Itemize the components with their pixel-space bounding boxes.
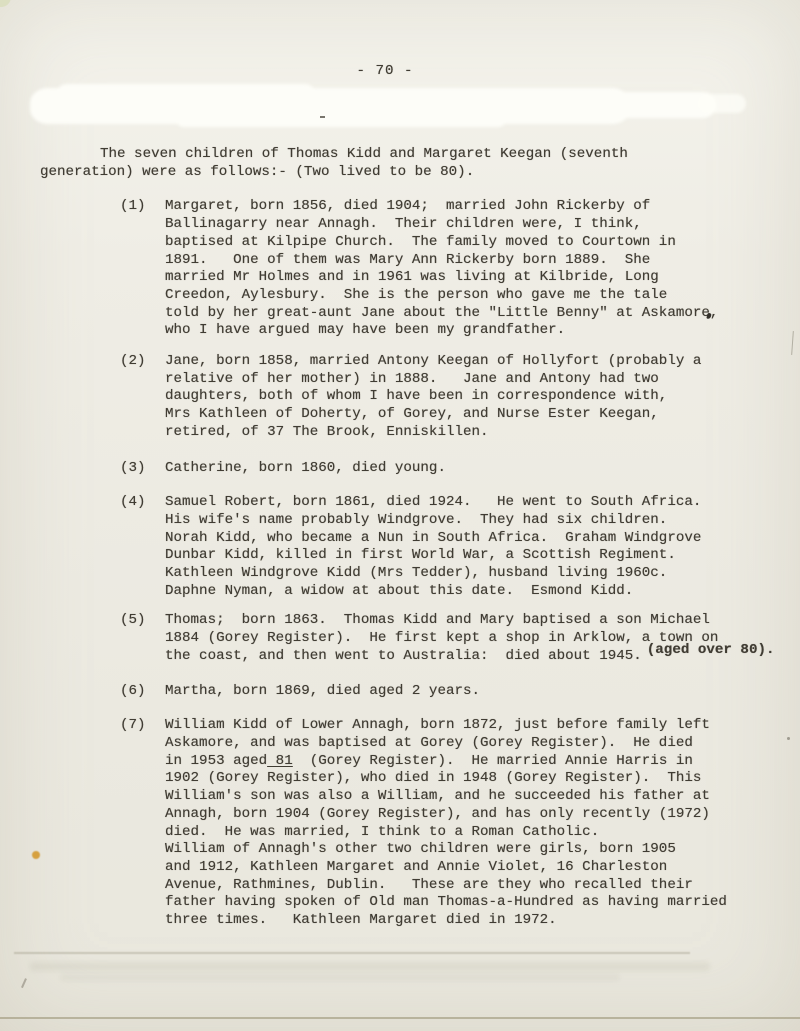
text-line-post: (Gorey Register). He married Annie Harri… (293, 753, 693, 769)
text-line: Norah Kidd, who became a Nun in South Af… (165, 530, 770, 548)
entry-3: (3) Catherine, born 1860, died young. (120, 460, 770, 478)
entry-text: Jane, born 1858, married Antony Keegan o… (165, 353, 770, 442)
entry-text: Catherine, born 1860, died young. (165, 460, 770, 478)
underlined-age: 81 (267, 753, 293, 769)
text-line: Kathleen Windgrove Kidd (Mrs Tedder), hu… (165, 565, 770, 583)
text-line: Daphne Nyman, a widow at about this date… (165, 583, 770, 601)
text-line: Avenue, Rathmines, Dublin. These are the… (165, 877, 770, 895)
entry-number: (6) (120, 683, 165, 701)
text-line: Catherine, born 1860, died young. (165, 460, 770, 478)
text-line: Samuel Robert, born 1861, died 1924. He … (165, 494, 770, 512)
corner-smudge (0, 0, 11, 7)
text-line: Dunbar Kidd, killed in first World War, … (165, 547, 770, 565)
text-line: and 1912, Kathleen Margaret and Annie Vi… (165, 859, 770, 877)
entry-text: William Kidd of Lower Annagh, born 1872,… (165, 717, 770, 929)
entry-1: (1) Margaret, born 1856, died 1904; marr… (120, 198, 770, 340)
pen-mark (21, 978, 26, 988)
stain-dot (32, 851, 40, 859)
text-line-pre: in 1953 aged (165, 753, 267, 769)
document-body: The seven children of Thomas Kidd and Ma… (40, 146, 770, 930)
entry-number: (7) (120, 717, 165, 735)
raised-note: (aged over 80). (647, 642, 775, 660)
text-line: baptised at Kilpipe Church. The family m… (165, 234, 770, 252)
text-line-main: the coast, and then went to Australia: d… (165, 648, 642, 664)
entry-text: Samuel Robert, born 1861, died 1924. He … (165, 494, 770, 600)
text-line: relative of her mother) in 1888. Jane an… (165, 371, 770, 389)
entry-text: Margaret, born 1856, died 1904; married … (165, 198, 770, 340)
entry-number: (5) (120, 612, 165, 630)
redaction-blob (698, 94, 746, 113)
entry-4: (4) Samuel Robert, born 1861, died 1924.… (120, 494, 770, 600)
text-line: daughters, both of whom I have been in c… (165, 388, 770, 406)
entry-text: Martha, born 1869, died aged 2 years. (165, 683, 770, 701)
text-line: 1891. One of them was Mary Ann Rickerby … (165, 252, 770, 270)
text-line: told by her great-aunt Jane about the "L… (165, 305, 770, 323)
entry-number: (1) (120, 198, 165, 216)
text-line: 1902 (Gorey Register), who died in 1948 … (165, 770, 770, 788)
text-line: The seven children of Thomas Kidd and Ma… (40, 146, 770, 164)
text-line: Askamore, and was baptised at Gorey (Gor… (165, 735, 770, 753)
text-line: Jane, born 1858, married Antony Keegan o… (165, 353, 770, 371)
entry-7: (7) William Kidd of Lower Annagh, born 1… (120, 717, 770, 929)
text-line: Creedon, Aylesbury. She is the person wh… (165, 287, 770, 305)
ghost-text-band (30, 962, 710, 971)
children-list: (1) Margaret, born 1856, died 1904; marr… (120, 198, 770, 929)
text-line: in 1953 aged 81 (Gorey Register). He mar… (165, 753, 770, 771)
text-line: William's son was also a William, and he… (165, 788, 770, 806)
text-line: Margaret, born 1856, died 1904; married … (165, 198, 770, 216)
text-line: Ballinagarry near Annagh. Their children… (165, 216, 770, 234)
text-line: His wife's name probably Windgrove. They… (165, 512, 770, 530)
text-line: William Kidd of Lower Annagh, born 1872,… (165, 717, 770, 735)
text-line: married Mr Holmes and in 1961 was living… (165, 269, 770, 287)
text-line: generation) were as follows:- (Two lived… (40, 164, 770, 182)
entry-number: (3) (120, 460, 165, 478)
entry-text: Thomas; born 1863. Thomas Kidd and Mary … (165, 612, 775, 665)
text-line: father having spoken of Old man Thomas-a… (165, 894, 770, 912)
text-line: Annagh, born 1904 (Gorey Register), and … (165, 806, 770, 824)
entry-2: (2) Jane, born 1858, married Antony Keeg… (120, 353, 770, 442)
ink-speck (787, 737, 790, 740)
redaction-mark (26, 84, 771, 132)
page-number: - 70 - (0, 63, 770, 79)
text-line: Mrs Kathleen of Doherty, of Gorey, and N… (165, 406, 770, 424)
entry-5: (5) Thomas; born 1863. Thomas Kidd and M… (120, 612, 770, 665)
entry-6: (6) Martha, born 1869, died aged 2 years… (120, 683, 770, 701)
redaction-blob (56, 84, 316, 106)
bleed-through-line (0, 1017, 800, 1019)
redaction-blob (176, 112, 506, 127)
entry-number: (4) (120, 494, 165, 512)
redaction-blob (566, 92, 716, 118)
ghost-text-band (60, 974, 620, 981)
text-line: died. He was married, I think to a Roman… (165, 824, 770, 842)
text-line: William of Annagh's other two children w… (165, 841, 770, 859)
text-line: three times. Kathleen Margaret died in 1… (165, 912, 770, 930)
entry-number: (2) (120, 353, 165, 371)
bleed-through-line (14, 952, 690, 954)
text-line: the coast, and then went to Australia: d… (165, 648, 775, 666)
text-line: who I have argued may have been my grand… (165, 322, 770, 340)
text-line: Martha, born 1869, died aged 2 years. (165, 683, 770, 701)
text-line: Thomas; born 1863. Thomas Kidd and Mary … (165, 612, 775, 630)
scanned-document-page: - 70 - The seven children of Thomas Kidd… (0, 0, 800, 1031)
intro-paragraph: The seven children of Thomas Kidd and Ma… (40, 146, 770, 181)
text-line: retired, of 37 The Brook, Enniskillen. (165, 424, 770, 442)
edge-scratch (791, 331, 794, 355)
